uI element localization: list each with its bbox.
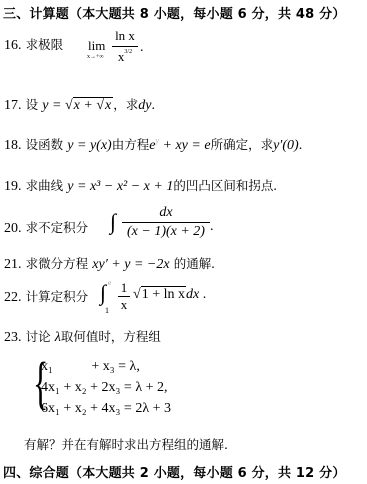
integral-lower-limit: 1 (105, 306, 109, 315)
period: . (299, 138, 303, 153)
integral-sign: ∫ (100, 280, 106, 306)
fraction: ln x x3/2 (112, 28, 138, 65)
section-4-title: 四、综合题（本大题共 2 小题，每小题 6 分，共 12 分） (3, 462, 346, 481)
fraction: 1 x (118, 280, 130, 313)
fraction-denominator: x (118, 297, 130, 313)
question-text: 设函数 (26, 137, 64, 152)
fraction-numerator: dx (122, 205, 210, 221)
math-expression: y = y(x) (67, 138, 111, 153)
math-dy: dy (138, 98, 151, 113)
fraction-numerator: ln x (112, 28, 138, 44)
period: . (151, 98, 155, 113)
fraction-bar (112, 46, 138, 47)
question-number: 20. (4, 221, 22, 236)
period: . (211, 257, 215, 272)
math-expression: xy′ + y = −2x (92, 257, 169, 272)
question-18: 18. 设函数 y = y(x)由方程ey + xy = e所确定，求y′(0)… (4, 135, 302, 154)
question-text: 求微分方程 (26, 256, 89, 271)
question-number: 21. (4, 257, 22, 272)
question-22: 22. 计算定积分 (4, 287, 88, 306)
fraction-numerator: 1 (118, 280, 130, 296)
question-text-b: ，求 (113, 97, 138, 112)
lim-label: lim (88, 38, 105, 54)
period: . (140, 40, 144, 56)
question-19: 19. 求曲线 y = x³ − x² − x + 1的凹凸区间和拐点. (4, 176, 277, 195)
period: . (210, 219, 214, 235)
period: . (203, 287, 207, 302)
question-text-c: 所确定，求 (211, 137, 274, 152)
question-number: 17. (4, 98, 22, 113)
period: . (273, 179, 277, 194)
question-17: 17. 设 y = √x + √x，求dy. (4, 95, 155, 114)
question-number: 16. (4, 38, 22, 53)
equation-1: x₁ + x₃ = λ, (41, 356, 171, 377)
math-expression-b: + xy = e (159, 138, 211, 153)
fraction-denominator: (x − 1)(x + 2) (122, 224, 210, 240)
sqrt-inner-b: x (104, 97, 112, 113)
question-text-b: 由方程 (112, 137, 150, 152)
math-expression: y = (42, 98, 65, 113)
question-number: 18. (4, 138, 22, 153)
fraction: dx (x − 1)(x + 2) (122, 205, 210, 240)
sqrt-expression: x + √x (73, 97, 114, 113)
question-text: 求极限 (26, 37, 64, 52)
question-23-followup: 有解？并在有解时求出方程组的通解. (24, 435, 228, 453)
question-text: 求不定积分 (26, 220, 89, 235)
integral-expression-22: ∫ e 1 1 x √1 + ln xdx . (100, 278, 210, 318)
question-number: 22. (4, 290, 22, 305)
sqrt-expression: 1 + ln x (141, 286, 186, 302)
question-text-b: 取何值时，方程组 (61, 329, 161, 344)
limit-expression: lim x→+∞ ln x x3/2 . (86, 28, 146, 78)
question-number: 23. (4, 330, 22, 345)
equation-system: x₁ + x₃ = λ, 4x₁ + x₂ + 2x₃ = λ + 2, 6x₁… (41, 356, 171, 419)
question-23: 23. 讨论 λ取何值时，方程组 (4, 327, 161, 346)
denominator-exponent: 3/2 (124, 49, 132, 55)
section-3-title: 三、计算题（本大题共 8 小题，每小题 6 分，共 48 分） (3, 3, 346, 22)
equation-3: 6x₁ + x₂ + 4x₃ = 2λ + 3 (41, 398, 171, 419)
question-text: 计算定积分 (26, 289, 89, 304)
integral-upper-limit: e (108, 279, 111, 287)
lim-subscript: x→+∞ (87, 54, 104, 60)
fraction-bar (122, 222, 210, 223)
question-number: 19. (4, 179, 22, 194)
math-expression-c: y′(0) (273, 138, 299, 153)
math-expression: y = x³ − x² − x + 1 (67, 179, 173, 194)
question-16: 16. 求极限 (4, 35, 63, 54)
integral-sign: ∫ (110, 209, 116, 235)
question-text-b: 的通解 (174, 256, 212, 271)
question-text: 讨论 (26, 329, 51, 344)
question-20: 20. 求不定积分 (4, 218, 88, 237)
question-text-b: 的凹凸区间和拐点 (173, 178, 273, 193)
math-dx: dx (186, 287, 199, 302)
sqrt-inner-a: x + (74, 98, 97, 113)
question-text: 求曲线 (26, 178, 64, 193)
equation-2: 4x₁ + x₂ + 2x₃ = λ + 2, (41, 377, 171, 398)
question-text: 设 (26, 97, 39, 112)
question-21: 21. 求微分方程 xy′ + y = −2x 的通解. (4, 254, 215, 273)
